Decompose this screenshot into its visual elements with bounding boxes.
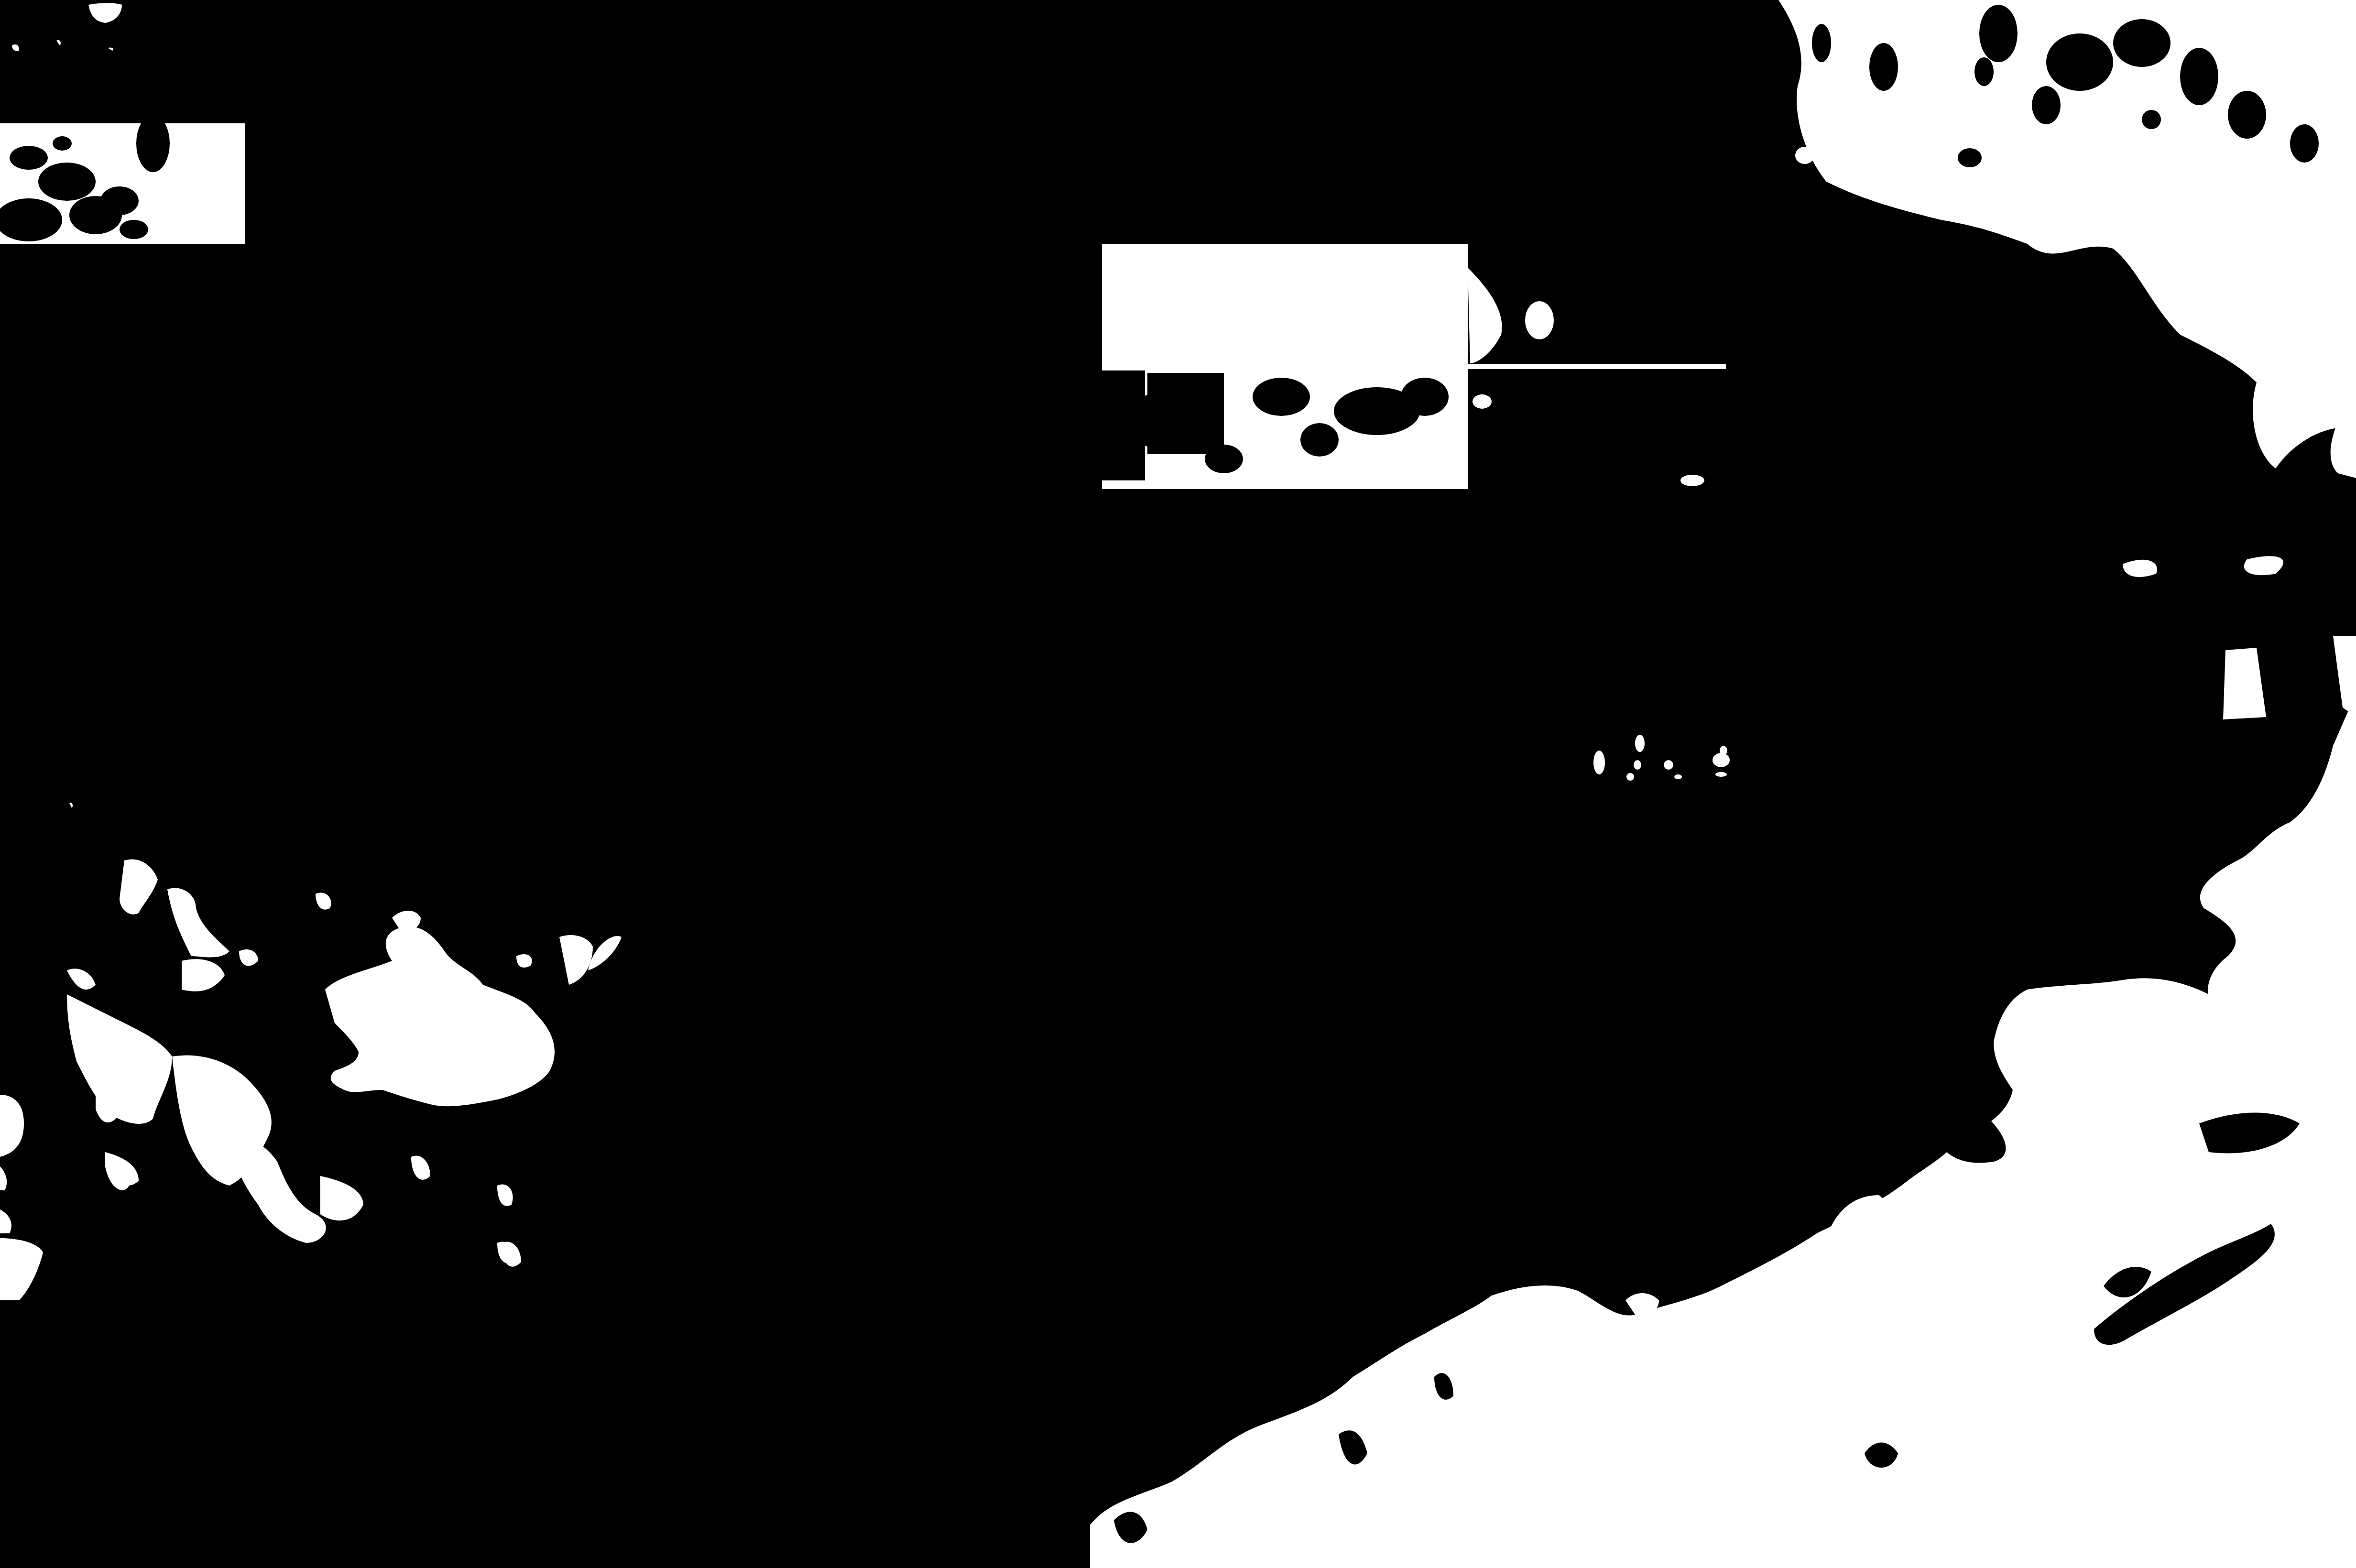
land-water-mask	[0, 0, 2356, 1568]
tile-patch-upper-left	[0, 115, 245, 244]
